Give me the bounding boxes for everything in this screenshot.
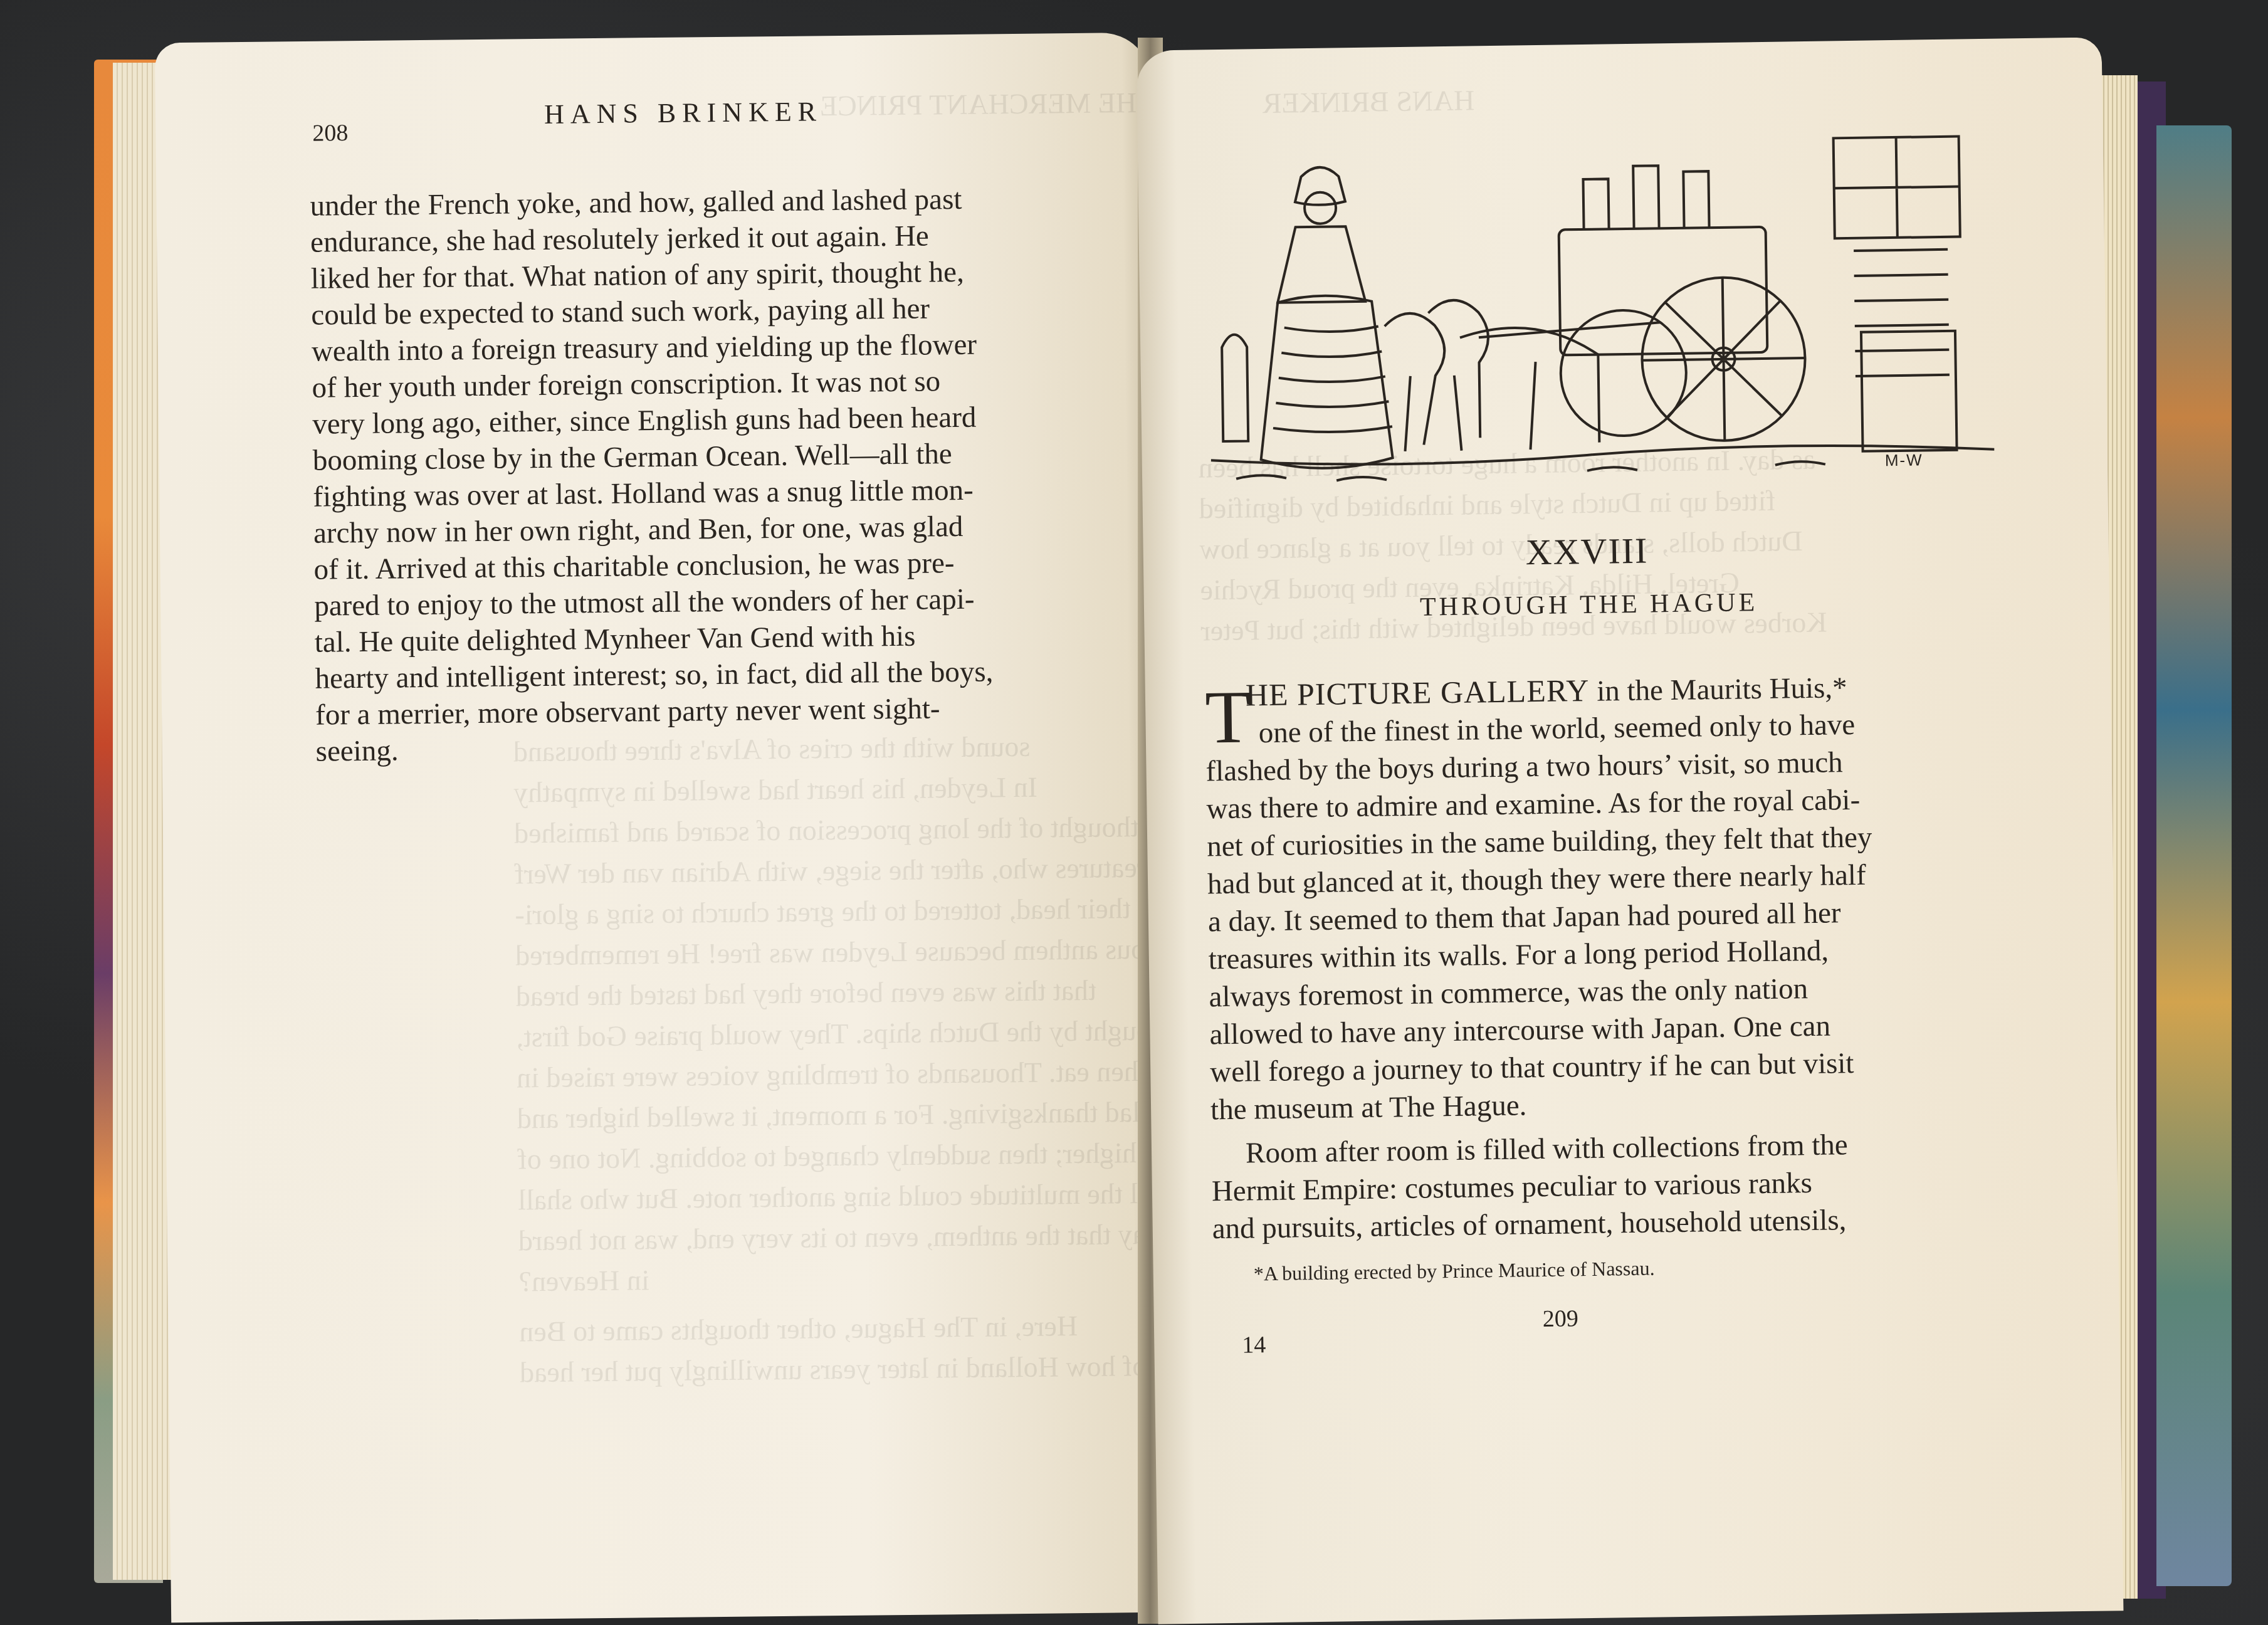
text-line: of her youth under foreign conscription.… <box>312 367 940 402</box>
running-head: HANS BRINKER <box>544 95 822 130</box>
text-line: Room after room is filled with collectio… <box>1246 1130 1848 1168</box>
left-page: THE MERCHANT PRINCE sound with the cries… <box>155 33 1168 1623</box>
show-through-text: higher; then suddenly changed to sobbing… <box>517 1136 1137 1175</box>
chapter-number: XXVIII <box>1525 530 1649 574</box>
text-line: tal. He quite delighted Mynheer Van Gend… <box>315 622 916 658</box>
opening-caps: HE PICTURE GALLERY <box>1246 673 1590 713</box>
show-through-text: in Heaven? <box>518 1263 649 1298</box>
text-line: wealth into a foreign treasury and yield… <box>312 330 977 367</box>
text-line: booming close by in the German Ocean. We… <box>313 439 952 476</box>
signature-mark: 14 <box>1242 1331 1266 1359</box>
text-line: the museum at The Hague. <box>1210 1091 1527 1125</box>
opening-line: HE PICTURE GALLERY in the Maurits Huis,* <box>1246 671 1847 711</box>
text-line: had but glanced at it, though they were … <box>1207 861 1866 900</box>
right-page: HANS BRINKER as day. In another room a h… <box>1137 37 2124 1624</box>
text-line: one of the finest in the world, seemed o… <box>1258 710 1855 748</box>
dog-cart-illustration <box>1207 130 1995 492</box>
text-line: under the French yoke, and how, galled a… <box>310 185 962 221</box>
text-line: hearty and intelligent interest; so, in … <box>315 657 993 693</box>
page-number-left: 208 <box>312 119 348 147</box>
opening-line-rest: in the Maurits Huis,* <box>1589 671 1847 708</box>
text-line: endurance, she had resolutely jerked it … <box>310 221 929 257</box>
footnote: *A building erected by Prince Maurice of… <box>1254 1257 1655 1286</box>
text-line: well forego a journey to that country if… <box>1210 1049 1854 1087</box>
show-through-text: thought of the long procession of scared… <box>514 810 1139 849</box>
page-number-right: 209 <box>1543 1305 1579 1333</box>
show-through-text: all the multitude could sing another not… <box>518 1177 1159 1217</box>
illustrator-signature: M-W <box>1885 450 1923 470</box>
show-through-text: then eat. Thousands of trembling voices … <box>517 1054 1147 1095</box>
text-line: treasures within its walls. For a long p… <box>1208 937 1829 975</box>
book-cover-right-edge <box>2156 125 2232 1586</box>
show-through-text: THE MERCHANT PRINCE <box>820 86 1155 123</box>
show-through-text: creatures who, after the siege, with Adr… <box>514 851 1159 891</box>
show-through-text: at their head, tottered to the great chu… <box>515 891 1158 932</box>
text-line: for a merrier, more observant party neve… <box>315 694 940 730</box>
text-line: Hermit Empire: costumes peculiar to vari… <box>1212 1169 1813 1206</box>
text-line: allowed to have any intercourse with Jap… <box>1209 1012 1830 1050</box>
show-through-text: HANS BRINKER <box>1262 83 1474 120</box>
text-line: and pursuits, articles of ornament, hous… <box>1212 1206 1846 1244</box>
show-through-text: sound with the cries of Alva's three tho… <box>513 730 1030 769</box>
text-line: net of curiosities in the same building,… <box>1207 823 1872 862</box>
show-through-text: say that the anthem, even to its very en… <box>518 1217 1157 1258</box>
text-line: was there to admire and examine. As for … <box>1206 786 1860 824</box>
text-line: could be expected to stand such work, pa… <box>311 294 930 330</box>
drop-cap: T <box>1205 679 1252 755</box>
text-line: flashed by the boys during a two hours’ … <box>1205 748 1843 786</box>
show-through-text: ous anthem because Leyden was free! He r… <box>515 932 1146 972</box>
text-line: of it. Arrived at this charitable conclu… <box>313 549 954 585</box>
show-through-text: of how Holland in later years unwillingl… <box>520 1349 1147 1389</box>
show-through-text: Here, in The Hague, other thoughts came … <box>519 1309 1078 1348</box>
show-through-text: glad thanksgiving. For a moment, it swel… <box>517 1095 1155 1135</box>
show-through-text: Dutch dolls, stands ready to tell you at… <box>1199 524 1803 565</box>
text-line: a day. It seemed to them that Japan had … <box>1208 898 1841 937</box>
show-through-text: In Leyden, his heart had swelled in symp… <box>513 770 1037 809</box>
show-through-text: that this was even before they had taste… <box>516 974 1097 1013</box>
text-line: fighting was over at last. Holland was a… <box>313 476 974 512</box>
text-line: always foremost in commerce, was the onl… <box>1209 974 1808 1012</box>
text-line: archy now in her own right, and Ben, for… <box>313 512 963 549</box>
text-line: seeing. <box>315 736 398 766</box>
text-line: liked her for that. What nation of any s… <box>311 258 964 294</box>
show-through-text: brought by the Dutch ships. They would p… <box>516 1013 1175 1053</box>
text-line: pared to enjoy to the utmost all the won… <box>314 585 975 621</box>
text-line: very long ago, either, since English gun… <box>312 403 977 439</box>
chapter-title: THROUGH THE HAGUE <box>1420 587 1758 623</box>
